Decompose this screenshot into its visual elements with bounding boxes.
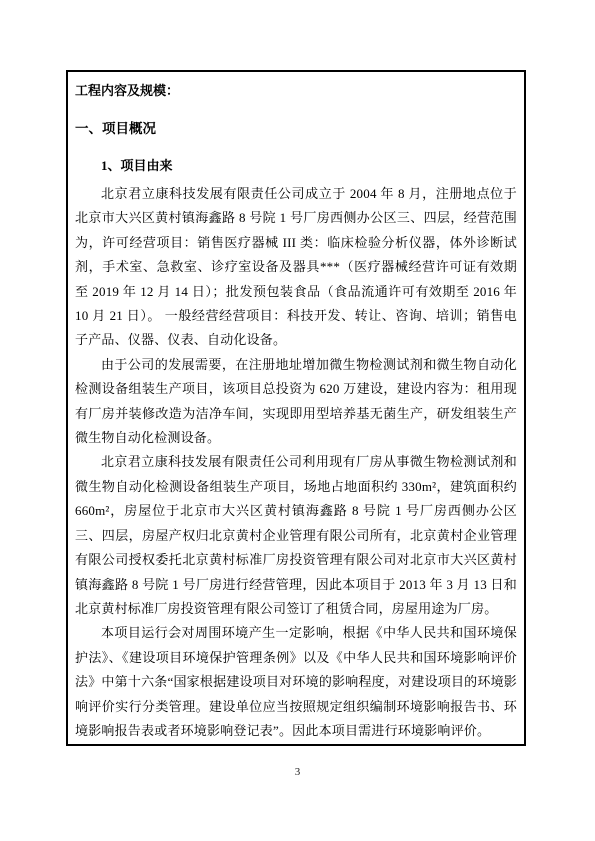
paragraph-site-details: 北京君立康科技发展有限责任公司利用现有厂房从事微生物检测试剂和微生物自动化检测设… [75,450,517,621]
page-number: 3 [0,766,595,778]
paragraph-classification: 本项目建设内容为微生物检测试剂和微生物自动化检测设备组装生产项目，根据《建设项目… [75,743,517,746]
paragraph-environmental-law: 本项目运行会对周围环境产生一定影响，根据《中华人民共和国环境保护法》、《建设项目… [75,621,517,743]
paragraph-development-need: 由于公司的发展需要，在注册地址增加微生物检测试剂和微生物自动化检测设备组装生产项… [75,353,517,451]
table-header: 工程内容及规模： [75,79,517,103]
sub-heading: 1、项目由来 [75,154,517,178]
section-heading: 一、项目概况 [75,117,517,141]
paragraph-project-origin: 北京君立康科技发展有限责任公司成立于 2004 年 8 月，注册地点位于北京市大… [75,182,517,353]
document-page: 工程内容及规模： 一、项目概况 1、项目由来 北京君立康科技发展有限责任公司成立… [0,0,595,841]
content-table-cell: 工程内容及规模： 一、项目概况 1、项目由来 北京君立康科技发展有限责任公司成立… [66,70,526,746]
